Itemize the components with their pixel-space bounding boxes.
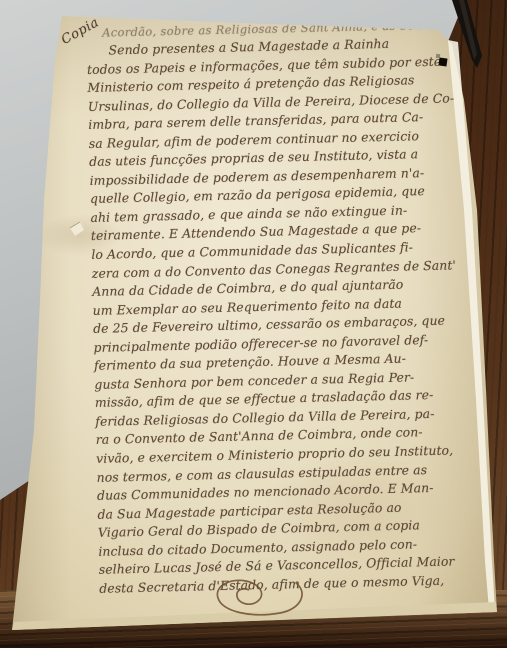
manuscript-page: Copia Acordão, sobre as Religiosas de Sa… bbox=[0, 0, 507, 648]
manuscript-text-block: Acordão, sobre as Religiosas de Sant'Ann… bbox=[86, 17, 479, 598]
photo-scene: Copia Acordão, sobre as Religiosas de Sa… bbox=[0, 0, 507, 648]
manuscript-lines: Sendo presentes a Sua Magestade a Rainha… bbox=[86, 33, 479, 598]
